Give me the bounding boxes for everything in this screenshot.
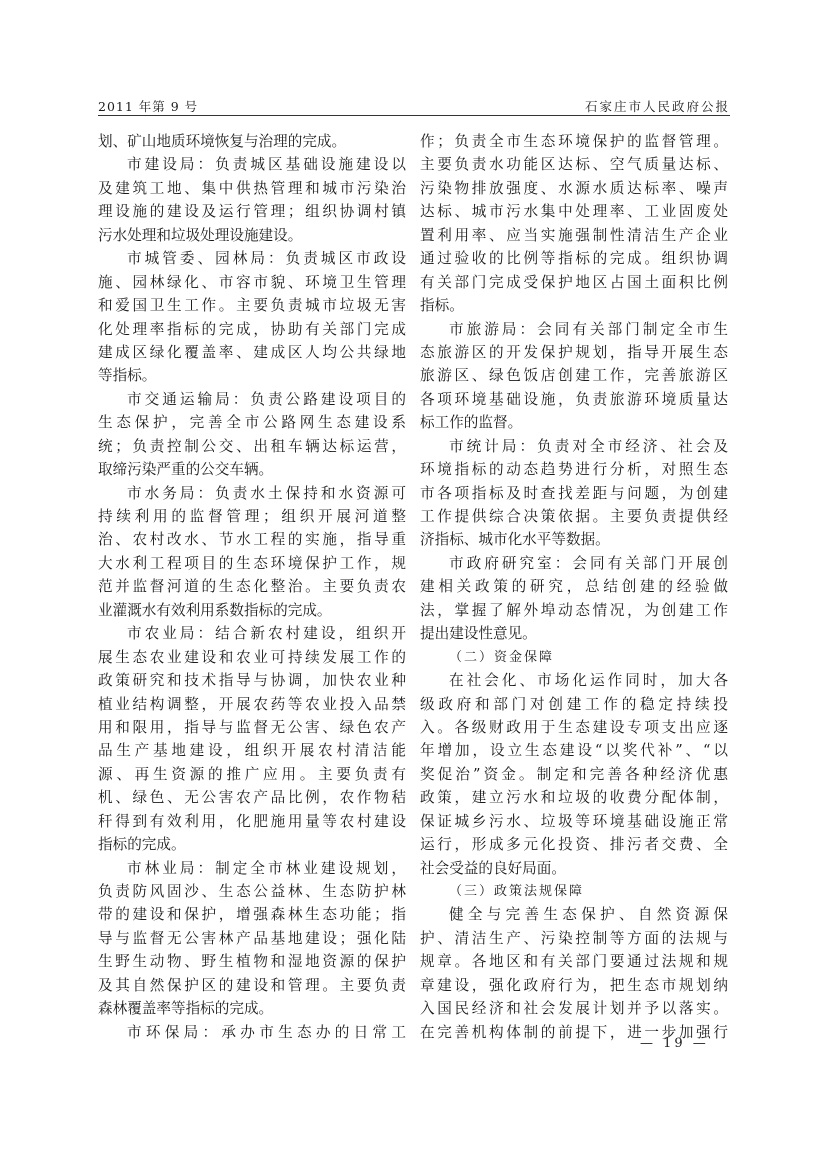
text-line: 保证城乡污水、垃圾等环境基础设施正常 bbox=[420, 810, 728, 833]
publication-title: 石家庄市人民政府公报 bbox=[585, 97, 730, 115]
text-line: 健全与完善生态保护、自然资源保 bbox=[420, 903, 728, 926]
text-line: 等指标。 bbox=[98, 364, 406, 387]
text-line: 市政府研究室：会同有关部门开展创 bbox=[420, 552, 728, 575]
text-line: 展生态农业建设和农业可持续发展工作的 bbox=[98, 646, 406, 669]
text-line: 提出建设性意见。 bbox=[420, 622, 728, 645]
text-line: 建相关政策的研究，总结创建的经验做 bbox=[420, 575, 728, 598]
text-line: 用和限用，指导与监督无公害、绿色农产 bbox=[98, 716, 406, 739]
text-line: 社会受益的良好局面。 bbox=[420, 857, 728, 880]
text-line: 市水务局：负责水土保持和水资源可 bbox=[98, 482, 406, 505]
text-line: 带的建设和保护，增强森林生态功能；指 bbox=[98, 903, 406, 926]
text-line: 政策研究和技术指导与协调，加快农业种 bbox=[98, 669, 406, 692]
text-line: 旅游区、绿色饭店创建工作，完善旅游区 bbox=[420, 364, 728, 387]
text-line: 市林业局：制定全市林业建设规划， bbox=[98, 857, 406, 880]
text-line: 奖促治”资金。制定和完善各种经济优惠 bbox=[420, 763, 728, 786]
text-line: 及建筑工地、集中供热管理和城市污染治 bbox=[98, 177, 406, 200]
text-line: 污水处理和垃圾处理设施建设。 bbox=[98, 224, 406, 247]
text-line: 植业结构调整，开展农药等农业投入品禁 bbox=[98, 693, 406, 716]
text-line: 政策，建立污水和垃圾的收费分配体制， bbox=[420, 786, 728, 809]
text-line: 章建设，强化政府行为，把生态市规划纳 bbox=[420, 974, 728, 997]
right-text-column: 作；负责全市生态环境保护的监督管理。主要负责水功能区达标、空气质量达标、污染物排… bbox=[420, 130, 728, 1044]
text-line: 济指标、城市化水平等数据。 bbox=[420, 528, 728, 551]
text-line: 在社会化、市场化运作同时，加大各 bbox=[420, 669, 728, 692]
text-line: 机、绿色、无公害农产品比例，农作物秸 bbox=[98, 786, 406, 809]
text-line: 作；负责全市生态环境保护的监督管理。 bbox=[420, 130, 728, 153]
text-line: 取缔污染严重的公交车辆。 bbox=[98, 458, 406, 481]
text-line: 污染物排放强度、水源水质达标率、噪声 bbox=[420, 177, 728, 200]
text-line: 态旅游区的开发保护规划，指导开展生态 bbox=[420, 341, 728, 364]
text-line: 市建设局：负责城区基础设施建设以 bbox=[98, 153, 406, 176]
text-line: 森林覆盖率等指标的完成。 bbox=[98, 997, 406, 1020]
text-line: 指标的完成。 bbox=[98, 833, 406, 856]
text-line: 市各项指标及时查找差距与问题，为创建 bbox=[420, 482, 728, 505]
page-number: — 19 — bbox=[640, 1036, 709, 1051]
text-line: 范并监督河道的生态化整治。主要负责农 bbox=[98, 575, 406, 598]
text-line: 秆得到有效利用，化肥施用量等农村建设 bbox=[98, 810, 406, 833]
text-line: 和爱国卫生工作。主要负责城市垃圾无害 bbox=[98, 294, 406, 317]
text-line: 级政府和部门对创建工作的稳定持续投 bbox=[420, 693, 728, 716]
text-line: 大水利工程项目的生态环境保护工作，规 bbox=[98, 552, 406, 575]
text-line: 理设施的建设及运行管理；组织协调村镇 bbox=[98, 200, 406, 223]
text-line: 主要负责水功能区达标、空气质量达标、 bbox=[420, 153, 728, 176]
text-line: 法，掌握了解外埠动态情况，为创建工作 bbox=[420, 599, 728, 622]
text-line: 指标。 bbox=[420, 294, 728, 317]
text-line: 市环保局：承办市生态办的日常工 bbox=[98, 1021, 406, 1044]
text-line: 市旅游局：会同有关部门制定全市生 bbox=[420, 318, 728, 341]
text-line: 市统计局：负责对全市经济、社会及 bbox=[420, 435, 728, 458]
text-line: 业灌溉水有效利用系数指标的完成。 bbox=[98, 599, 406, 622]
text-line: 运行，形成多元化投资、排污者交费、全 bbox=[420, 833, 728, 856]
text-line: 导与监督无公害林产品基地建设；强化陆 bbox=[98, 927, 406, 950]
text-line: 工作提供综合决策依据。主要负责提供经 bbox=[420, 505, 728, 528]
left-text-column: 划、矿山地质环境恢复与治理的完成。市建设局：负责城区基础设施建设以及建筑工地、集… bbox=[98, 130, 406, 1044]
text-line: 建成区绿化覆盖率、建成区人均公共绿地 bbox=[98, 341, 406, 364]
text-line: 市城管委、园林局：负责城区市政设 bbox=[98, 247, 406, 270]
text-line: 市交通运输局：负责公路建设项目的 bbox=[98, 388, 406, 411]
text-line: 环境指标的动态趋势进行分析，对照生态 bbox=[420, 458, 728, 481]
text-line: 统；负责控制公交、出租车辆达标运营， bbox=[98, 435, 406, 458]
issue-label: 2011 年第 9 号 bbox=[98, 97, 198, 115]
text-line: 通过验收的比例等指标的完成。组织协调 bbox=[420, 247, 728, 270]
text-line: 市农业局：结合新农村建设，组织开 bbox=[98, 622, 406, 645]
text-line: 护、清洁生产、污染控制等方面的法规与 bbox=[420, 927, 728, 950]
text-line: 负责防风固沙、生态公益林、生态防护林 bbox=[98, 880, 406, 903]
text-line: 置利用率、应当实施强制性清洁生产企业 bbox=[420, 224, 728, 247]
text-line: 源、再生资源的推广应用。主要负责有 bbox=[98, 763, 406, 786]
text-line: 及其自然保护区的建设和管理。主要负责 bbox=[98, 974, 406, 997]
page-header: 2011 年第 9 号 石家庄市人民政府公报 bbox=[98, 95, 730, 116]
text-line: 入国民经济和社会发展计划并予以落实。 bbox=[420, 997, 728, 1020]
text-line: 规章。各地区和有关部门要通过法规和规 bbox=[420, 950, 728, 973]
section-heading: （二）资金保障 bbox=[420, 646, 728, 669]
text-line: 入。各级财政用于生态建设专项支出应逐 bbox=[420, 716, 728, 739]
text-line: 生野生动物、野生植物和湿地资源的保护 bbox=[98, 950, 406, 973]
text-line: 年增加，设立生态建设“以奖代补”、“以 bbox=[420, 739, 728, 762]
text-line: 达标、城市污水集中处理率、工业固废处 bbox=[420, 200, 728, 223]
text-line: 施、园林绿化、市容市貌、环境卫生管理 bbox=[98, 271, 406, 294]
text-line: 有关部门完成受保护地区占国土面积比例 bbox=[420, 271, 728, 294]
text-line: 各项环境基础设施，负责旅游环境质量达 bbox=[420, 388, 728, 411]
text-line: 化处理率指标的完成，协助有关部门完成 bbox=[98, 318, 406, 341]
text-line: 标工作的监督。 bbox=[420, 411, 728, 434]
section-heading: （三）政策法规保障 bbox=[420, 880, 728, 903]
text-line: 持续利用的监督管理；组织开展河道整 bbox=[98, 505, 406, 528]
text-line: 划、矿山地质环境恢复与治理的完成。 bbox=[98, 130, 406, 153]
text-line: 品生产基地建设，组织开展农村清洁能 bbox=[98, 739, 406, 762]
text-line: 治、农村改水、节水工程的实施，指导重 bbox=[98, 528, 406, 551]
text-line: 生态保护，完善全市公路网生态建设系 bbox=[98, 411, 406, 434]
